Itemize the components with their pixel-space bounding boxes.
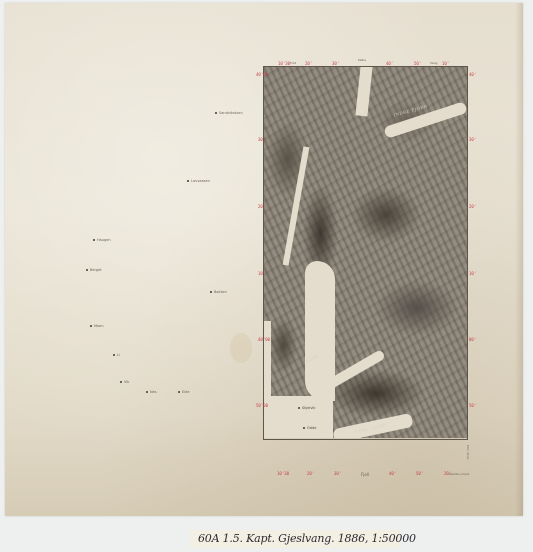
paper-stain bbox=[230, 333, 252, 363]
margin-place-label: Eide bbox=[178, 390, 190, 394]
grid-tick-bottom: 40' bbox=[389, 472, 396, 476]
margin-place-label: Bakken bbox=[210, 290, 227, 294]
bottom-imprint: Rechts-orient bbox=[449, 472, 469, 476]
margin-place-label: Nes bbox=[146, 390, 157, 394]
grid-tick-right: 40' bbox=[469, 73, 476, 77]
grid-tick-left: 50'00 bbox=[256, 404, 268, 408]
grid-tick-top: 10'30 bbox=[278, 62, 290, 66]
grid-tick-right: 30' bbox=[469, 138, 476, 142]
margin-place-label: Moen bbox=[90, 324, 104, 328]
grid-tick-right: 10' bbox=[469, 272, 476, 276]
grid-tick-top: 10' bbox=[442, 62, 449, 66]
grid-tick-top: 20' bbox=[305, 62, 312, 66]
fjord-mouth bbox=[263, 396, 333, 438]
bottom-margin-label: Fjell bbox=[361, 472, 369, 477]
grid-tick-bottom: 50' bbox=[416, 472, 423, 476]
water-place-label: Odde bbox=[303, 426, 316, 430]
grid-tick-top: 50' bbox=[414, 62, 421, 66]
grid-tick-bottom: 10'30 bbox=[277, 472, 289, 476]
grid-tick-bottom: 30' bbox=[334, 472, 341, 476]
margin-place-label: Haugen bbox=[93, 238, 111, 242]
top-margin-label: Vang bbox=[430, 61, 437, 65]
margin-place-label: Lauvaasen bbox=[187, 179, 210, 183]
water-place-label: Skjelvik bbox=[298, 406, 315, 410]
grid-tick-bottom: 20' bbox=[307, 472, 314, 476]
margin-place-label: Sandvikstuen bbox=[215, 111, 243, 115]
river-valley bbox=[283, 146, 310, 265]
fjord-channel bbox=[355, 66, 372, 116]
relief-map: INDRE FJORD YTRE FJORD SUND Skjelvik Odd… bbox=[263, 66, 468, 438]
margin-place-label: Berget bbox=[86, 268, 102, 272]
top-margin-label: Mølle bbox=[358, 58, 366, 62]
grid-tick-left: 20' bbox=[258, 205, 265, 209]
grid-tick-right: 00' bbox=[469, 338, 476, 342]
sheet-shadow-edge bbox=[515, 3, 523, 516]
grid-tick-right: 20' bbox=[469, 205, 476, 209]
margin-imprint: Lith. Anst. bbox=[466, 445, 470, 460]
top-margin-label: Fold bbox=[290, 61, 296, 65]
grid-tick-left: 10' bbox=[258, 272, 265, 276]
fjord-west-edge bbox=[263, 321, 271, 396]
grid-tick-top: 30' bbox=[332, 62, 339, 66]
catalog-label-strip: 60A 1.5. Kapt. Gjeslvang. 1886, 1:50000 bbox=[190, 530, 400, 548]
margin-place-label: Li bbox=[113, 353, 120, 357]
catalog-caption: 60A 1.5. Kapt. Gjeslvang. 1886, 1:50000 bbox=[198, 532, 416, 545]
grid-tick-right: 50' bbox=[469, 404, 476, 408]
grid-tick-left: 40'00 bbox=[258, 338, 270, 342]
grid-tick-top: 40' bbox=[386, 62, 393, 66]
margin-place-label: Vik bbox=[120, 380, 129, 384]
grid-tick-left: 30' bbox=[258, 138, 265, 142]
grid-tick-left: 40'00 bbox=[256, 73, 268, 77]
